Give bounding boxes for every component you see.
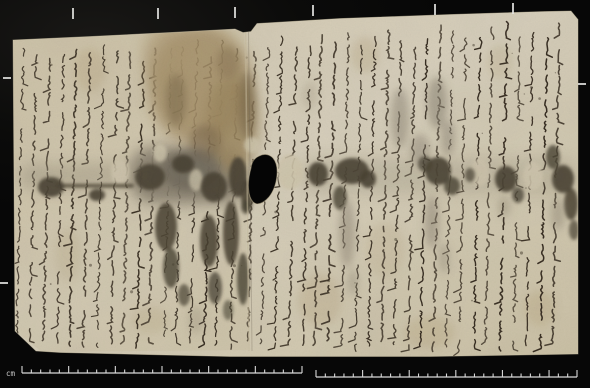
ruler-unit-label: cm <box>6 369 16 378</box>
paper-fragment <box>0 0 590 388</box>
paper-texture <box>0 0 590 388</box>
scale-ruler: cm <box>6 366 577 378</box>
ruler-ticks <box>22 366 577 377</box>
manuscript-photograph: cm <box>0 0 590 388</box>
photo-stage: cm <box>0 0 590 388</box>
